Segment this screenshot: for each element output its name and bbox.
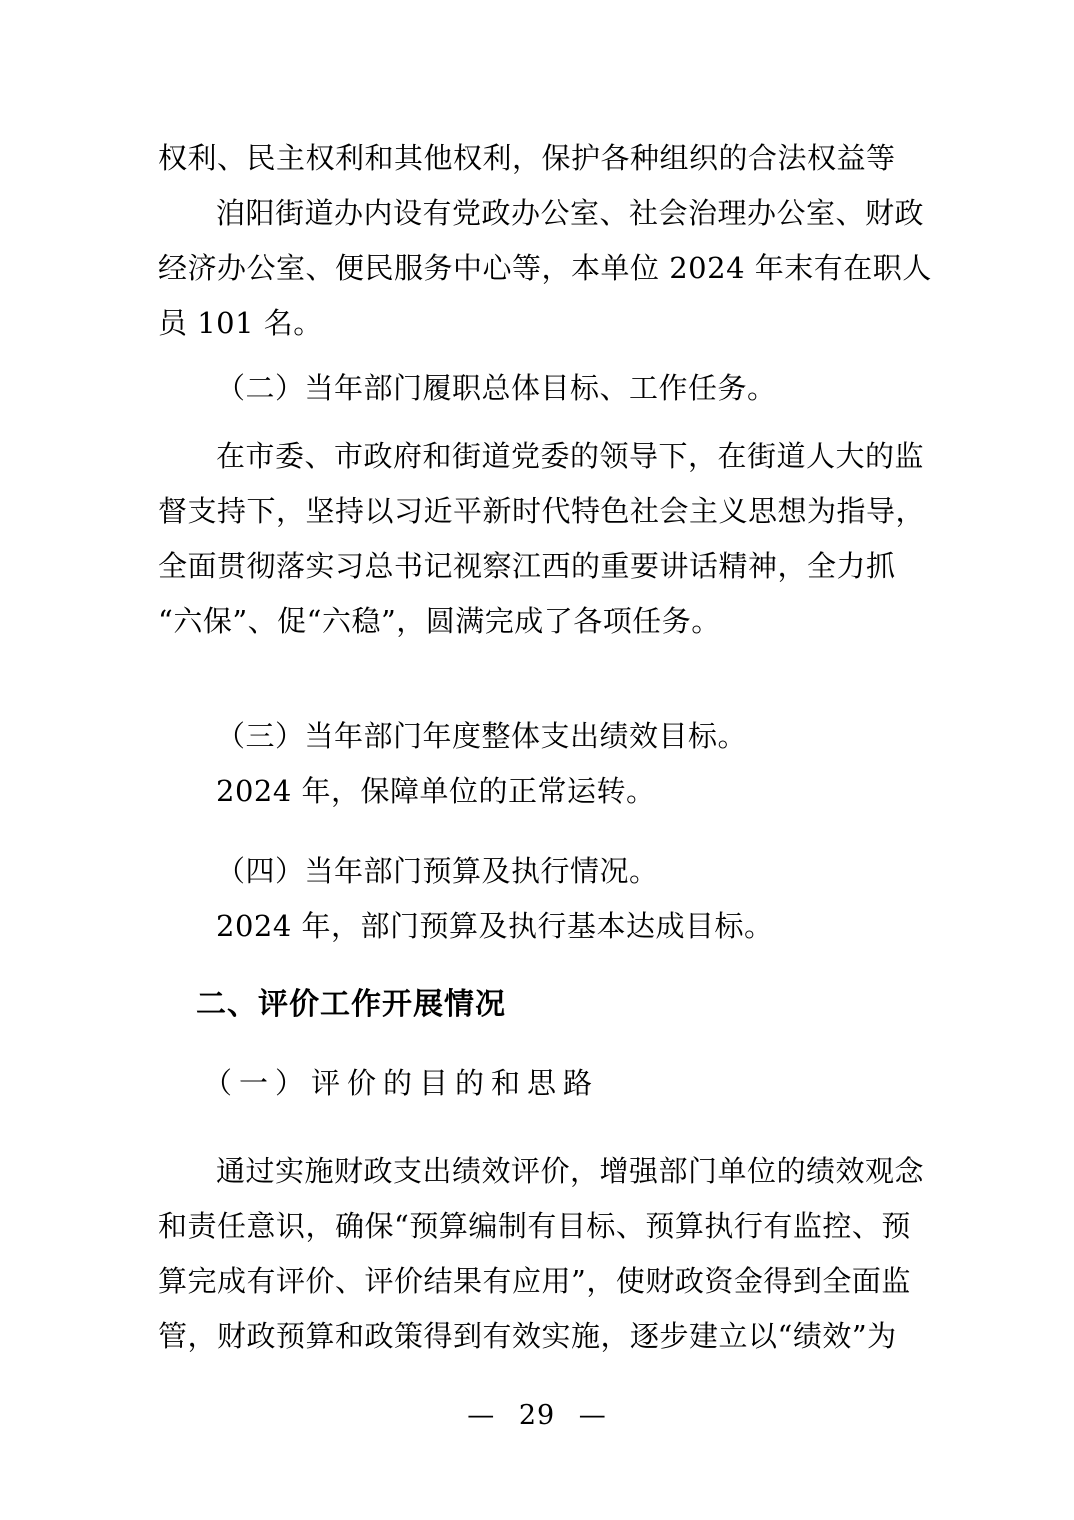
text-line: 和责任意识，确保“预算编制有目标、预算执行有监控、预	[158, 1199, 910, 1254]
text-line: 员 101 名。	[158, 296, 910, 351]
text-line: 督支持下，坚持以习近平新时代特色社会主义思想为指导，	[158, 484, 910, 539]
heading-item-four: （四）当年部门预算及执行情况。	[158, 844, 910, 899]
para-leadership-tasks: 在市委、市政府和街道党委的领导下，在街道人大的监督支持下，坚持以习近平新时代特色…	[158, 429, 910, 649]
document-body: 权利、民主权利和其他权利，保护各种组织的合法权益等洎阳街道办内设有党政办公室、社…	[158, 131, 910, 1364]
para-evaluation-purpose: 通过实施财政支出绩效评价，增强部门单位的绩效观念和责任意识，确保“预算编制有目标…	[158, 1144, 910, 1364]
text-line: 通过实施财政支出绩效评价，增强部门单位的绩效观念	[158, 1144, 910, 1199]
text-line: 洎阳街道办内设有党政办公室、社会治理办公室、财政	[158, 186, 910, 241]
document-page: 权利、民主权利和其他权利，保护各种组织的合法权益等洎阳街道办内设有党政办公室、社…	[0, 0, 1074, 1520]
text-line: （一）评价的目的和思路	[158, 1056, 910, 1111]
text-line: （四）当年部门预算及执行情况。	[158, 844, 910, 899]
text-line: “六保”、促“六稳”，圆满完成了各项任务。	[158, 594, 910, 649]
page-footer: — 29 —	[0, 1396, 1074, 1436]
text-line: 管，财政预算和政策得到有效实施，逐步建立以“绩效”为	[158, 1309, 910, 1364]
para-budget-execution: 2024 年，部门预算及执行基本达成目标。	[158, 899, 910, 954]
text-line: （三）当年部门年度整体支出绩效目标。	[158, 709, 910, 764]
heading-item-two: （二）当年部门履职总体目标、工作任务。	[158, 361, 910, 416]
para-rights-continuation: 权利、民主权利和其他权利，保护各种组织的合法权益等	[158, 131, 910, 186]
text-line: 2024 年，部门预算及执行基本达成目标。	[158, 899, 910, 954]
heading-item-three: （三）当年部门年度整体支出绩效目标。	[158, 709, 910, 764]
text-line: 经济办公室、便民服务中心等，本单位 2024 年末有在职人	[158, 241, 910, 296]
heading-section-two: 二、评价工作开展情况	[158, 977, 910, 1032]
heading-purpose-approach: （一）评价的目的和思路	[158, 1056, 910, 1111]
para-internal-offices: 洎阳街道办内设有党政办公室、社会治理办公室、财政经济办公室、便民服务中心等，本单…	[158, 186, 910, 351]
text-line: 2024 年，保障单位的正常运转。	[158, 764, 910, 819]
text-line: 在市委、市政府和街道党委的领导下，在街道人大的监	[158, 429, 910, 484]
text-line: 二、评价工作开展情况	[158, 977, 910, 1032]
text-line: 算完成有评价、评价结果有应用”，使财政资金得到全面监	[158, 1254, 910, 1309]
text-line: 全面贯彻落实习总书记视察江西的重要讲话精神，全力抓	[158, 539, 910, 594]
page-number: — 29 —	[467, 1400, 607, 1431]
text-line: 权利、民主权利和其他权利，保护各种组织的合法权益等	[158, 131, 910, 186]
para-annual-goal: 2024 年，保障单位的正常运转。	[158, 764, 910, 819]
text-line: （二）当年部门履职总体目标、工作任务。	[158, 361, 910, 416]
